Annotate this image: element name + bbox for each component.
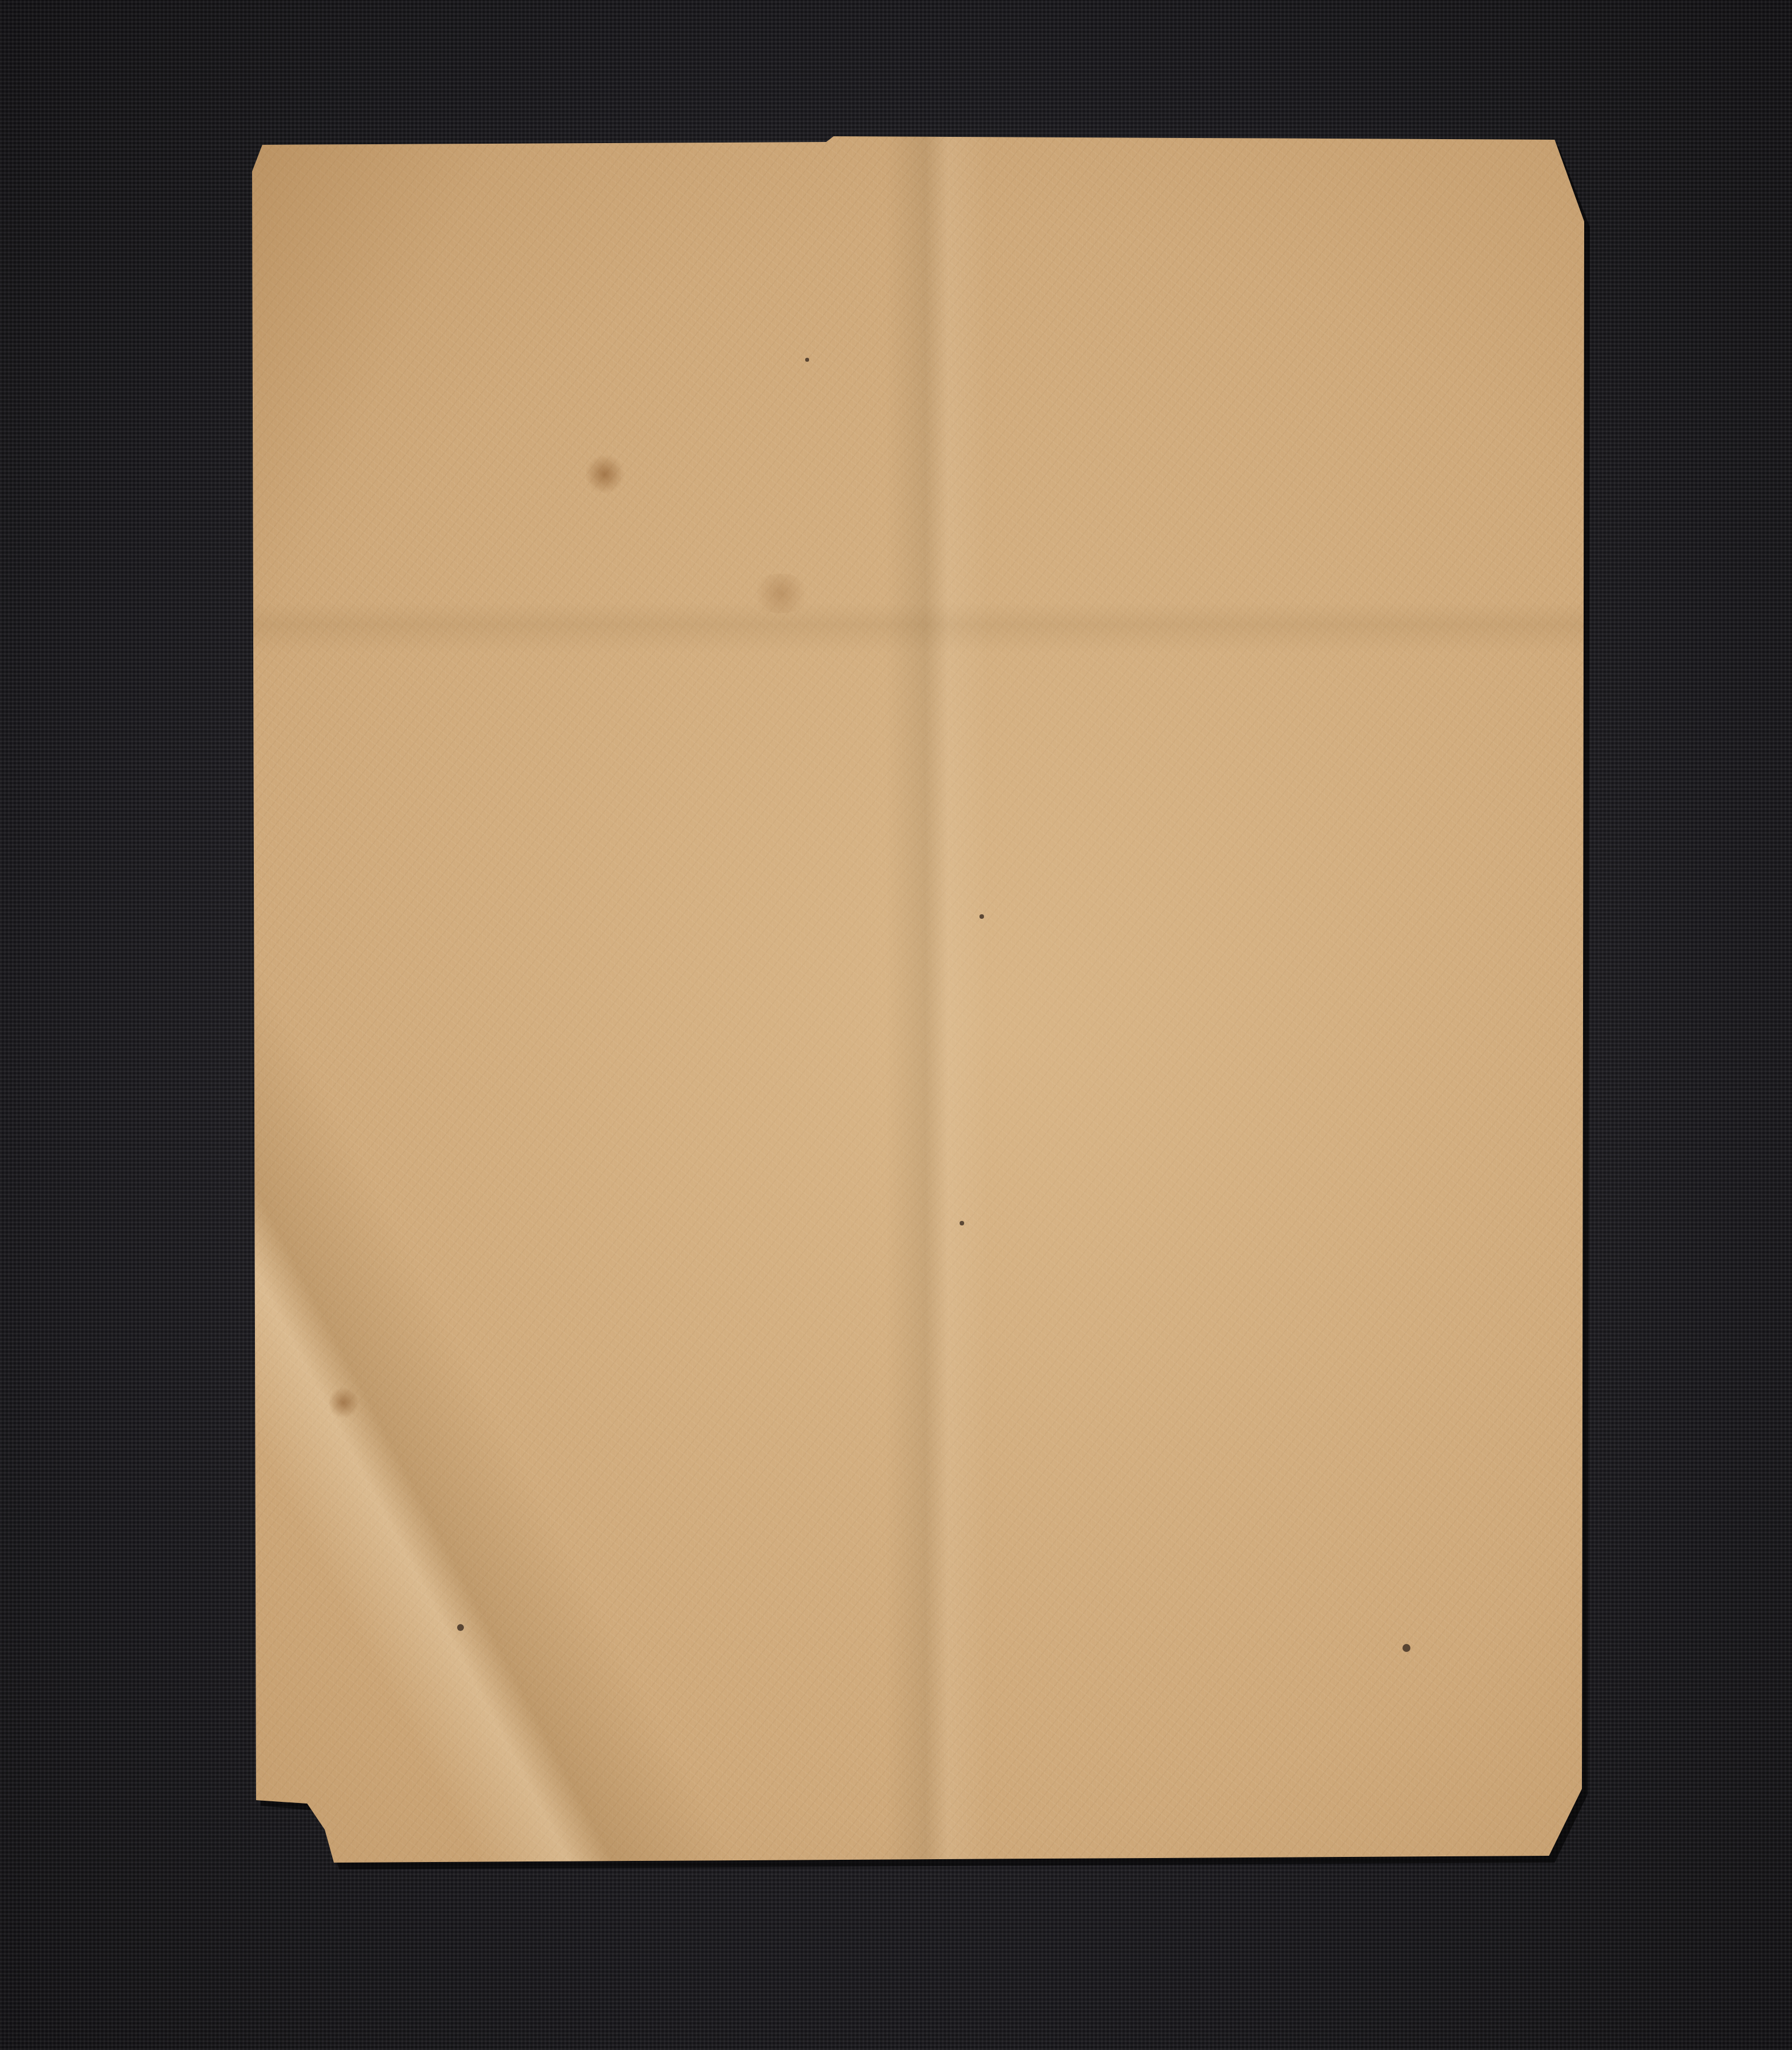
aged-paper-sheet — [0, 0, 1792, 2050]
speck — [960, 1221, 964, 1225]
photo-scene — [0, 0, 1792, 2050]
speck — [979, 914, 984, 919]
stain-spot — [585, 454, 625, 494]
speck — [805, 358, 809, 362]
speck — [457, 1624, 464, 1631]
stain-spot — [750, 574, 812, 613]
stain-spot — [329, 1386, 358, 1420]
speck — [1402, 1644, 1410, 1652]
